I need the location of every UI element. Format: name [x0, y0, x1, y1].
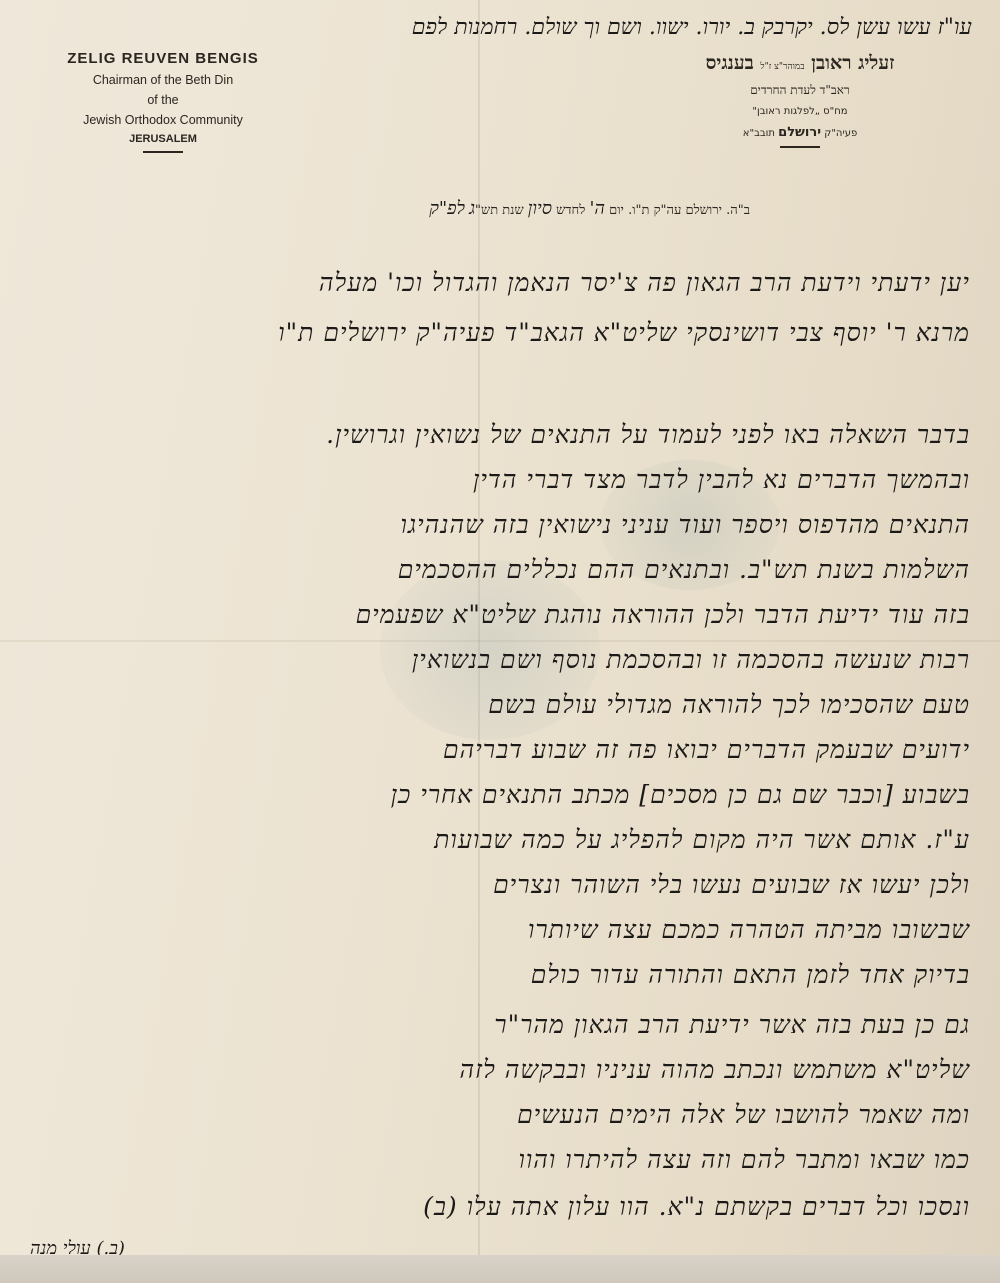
letterhead-name-en: ZELIG REUVEN BENGIS — [58, 50, 268, 67]
body-line: גם כן בעת בזה אשר ידיעת הרב הגאון מהר"ר — [494, 1010, 970, 1040]
body-line: בשבוע [וכבר שם גם כן מסכים] מכתב התנאים … — [391, 780, 970, 810]
letterhead-city-he: פעיה"ק ירושלם תובב"א — [650, 125, 950, 140]
letterhead-name-he: זעליג ראובן במוהר"צ ז"ל בענגיס — [650, 52, 950, 75]
body-line: שליט"א משתמש ונכתב מהוה עניניו ובבקשה לז… — [459, 1055, 970, 1085]
dateline: ב"ה. ירושלם עה"ק ת"ו. יום ה' לחדש סיון ש… — [429, 198, 750, 219]
letterhead-rule — [143, 151, 183, 153]
letterhead-rule-he — [780, 146, 820, 148]
body-line: כמו שבאו ומתבר להם וזה עצה להיתרו והוו — [518, 1145, 970, 1175]
body-line: בדבר השאלה באו לפני לעמוד על התנאים של נ… — [326, 420, 970, 450]
letterhead-community-en: Jewish Orthodox Community — [58, 113, 268, 127]
letterhead-author-he: מח"ס „לפלגות ראובן" — [650, 106, 950, 117]
scan-background — [0, 1255, 1000, 1283]
body-line: השלמות בשנת תש"ב. ובתנאים ההם נכללים ההס… — [398, 555, 970, 585]
body-line: ומה שאמר להושבו של אלה הימים הנעשים — [517, 1100, 970, 1130]
body-line: ובהמשך הדברים נא להבין לדבר מצד דברי הדי… — [473, 465, 970, 495]
body-line: מרנא ר' יוסף צבי דושינסקי שליט"א הגאב"ד … — [278, 318, 970, 348]
body-line: ידועים שבעמק הדברים יבואו פה זה שבוע דבר… — [443, 735, 970, 765]
body-line: ע"ז. אותם אשר היה מקום להפליג על כמה שבו… — [434, 825, 970, 855]
top-handwritten-note: עו"ז עשו עשן לס. יקרבק ב. יורו. ישוו. וש… — [412, 14, 972, 40]
letterhead-title-he: ראב"ד לעדת החרדים — [650, 83, 950, 98]
letterhead-city-en: JERUSALEM — [58, 133, 268, 145]
body-line: התנאים מהדפוס ויספר ועוד עניני נישואין ב… — [400, 510, 970, 540]
body-line: בדיוק אחד לזמן התאם והתורה עדור כולם — [531, 960, 970, 990]
body-line: יען ידעתי וידעת הרב הגאון פה צ'יסר הנאמן… — [319, 268, 970, 298]
letter-paper: עו"ז עשו עשן לס. יקרבק ב. יורו. ישוו. וש… — [0, 0, 1000, 1255]
letterhead-title-en: Chairman of the Beth Din — [58, 73, 268, 87]
body-line: רבות שנעשה בהסכמה זו ובהסכמת נוסף ושם בנ… — [412, 645, 970, 675]
body-line: ונסכו וכל דברים בקשתם נ"א. הוו עלון אתה … — [423, 1192, 970, 1222]
body-line: ולכן יעשו אז שבועים נעשו בלי השוהר ונצרי… — [493, 870, 970, 900]
letterhead-english: ZELIG REUVEN BENGIS Chairman of the Beth… — [58, 50, 268, 153]
body-line: טעם שהסכימו לכך להוראה מגדולי עולם בשם — [488, 690, 970, 720]
letterhead-hebrew: זעליג ראובן במוהר"צ ז"ל בענגיס ראב"ד לעד… — [650, 52, 950, 148]
body-line: בזה עוד ידיעת הדבר ולכן ההוראה נוהגת שלי… — [356, 600, 970, 630]
body-line: שבשובו מביתה הטהרה כמכם עצה שיותרו — [528, 915, 970, 945]
letterhead-of-en: of the — [58, 93, 268, 107]
